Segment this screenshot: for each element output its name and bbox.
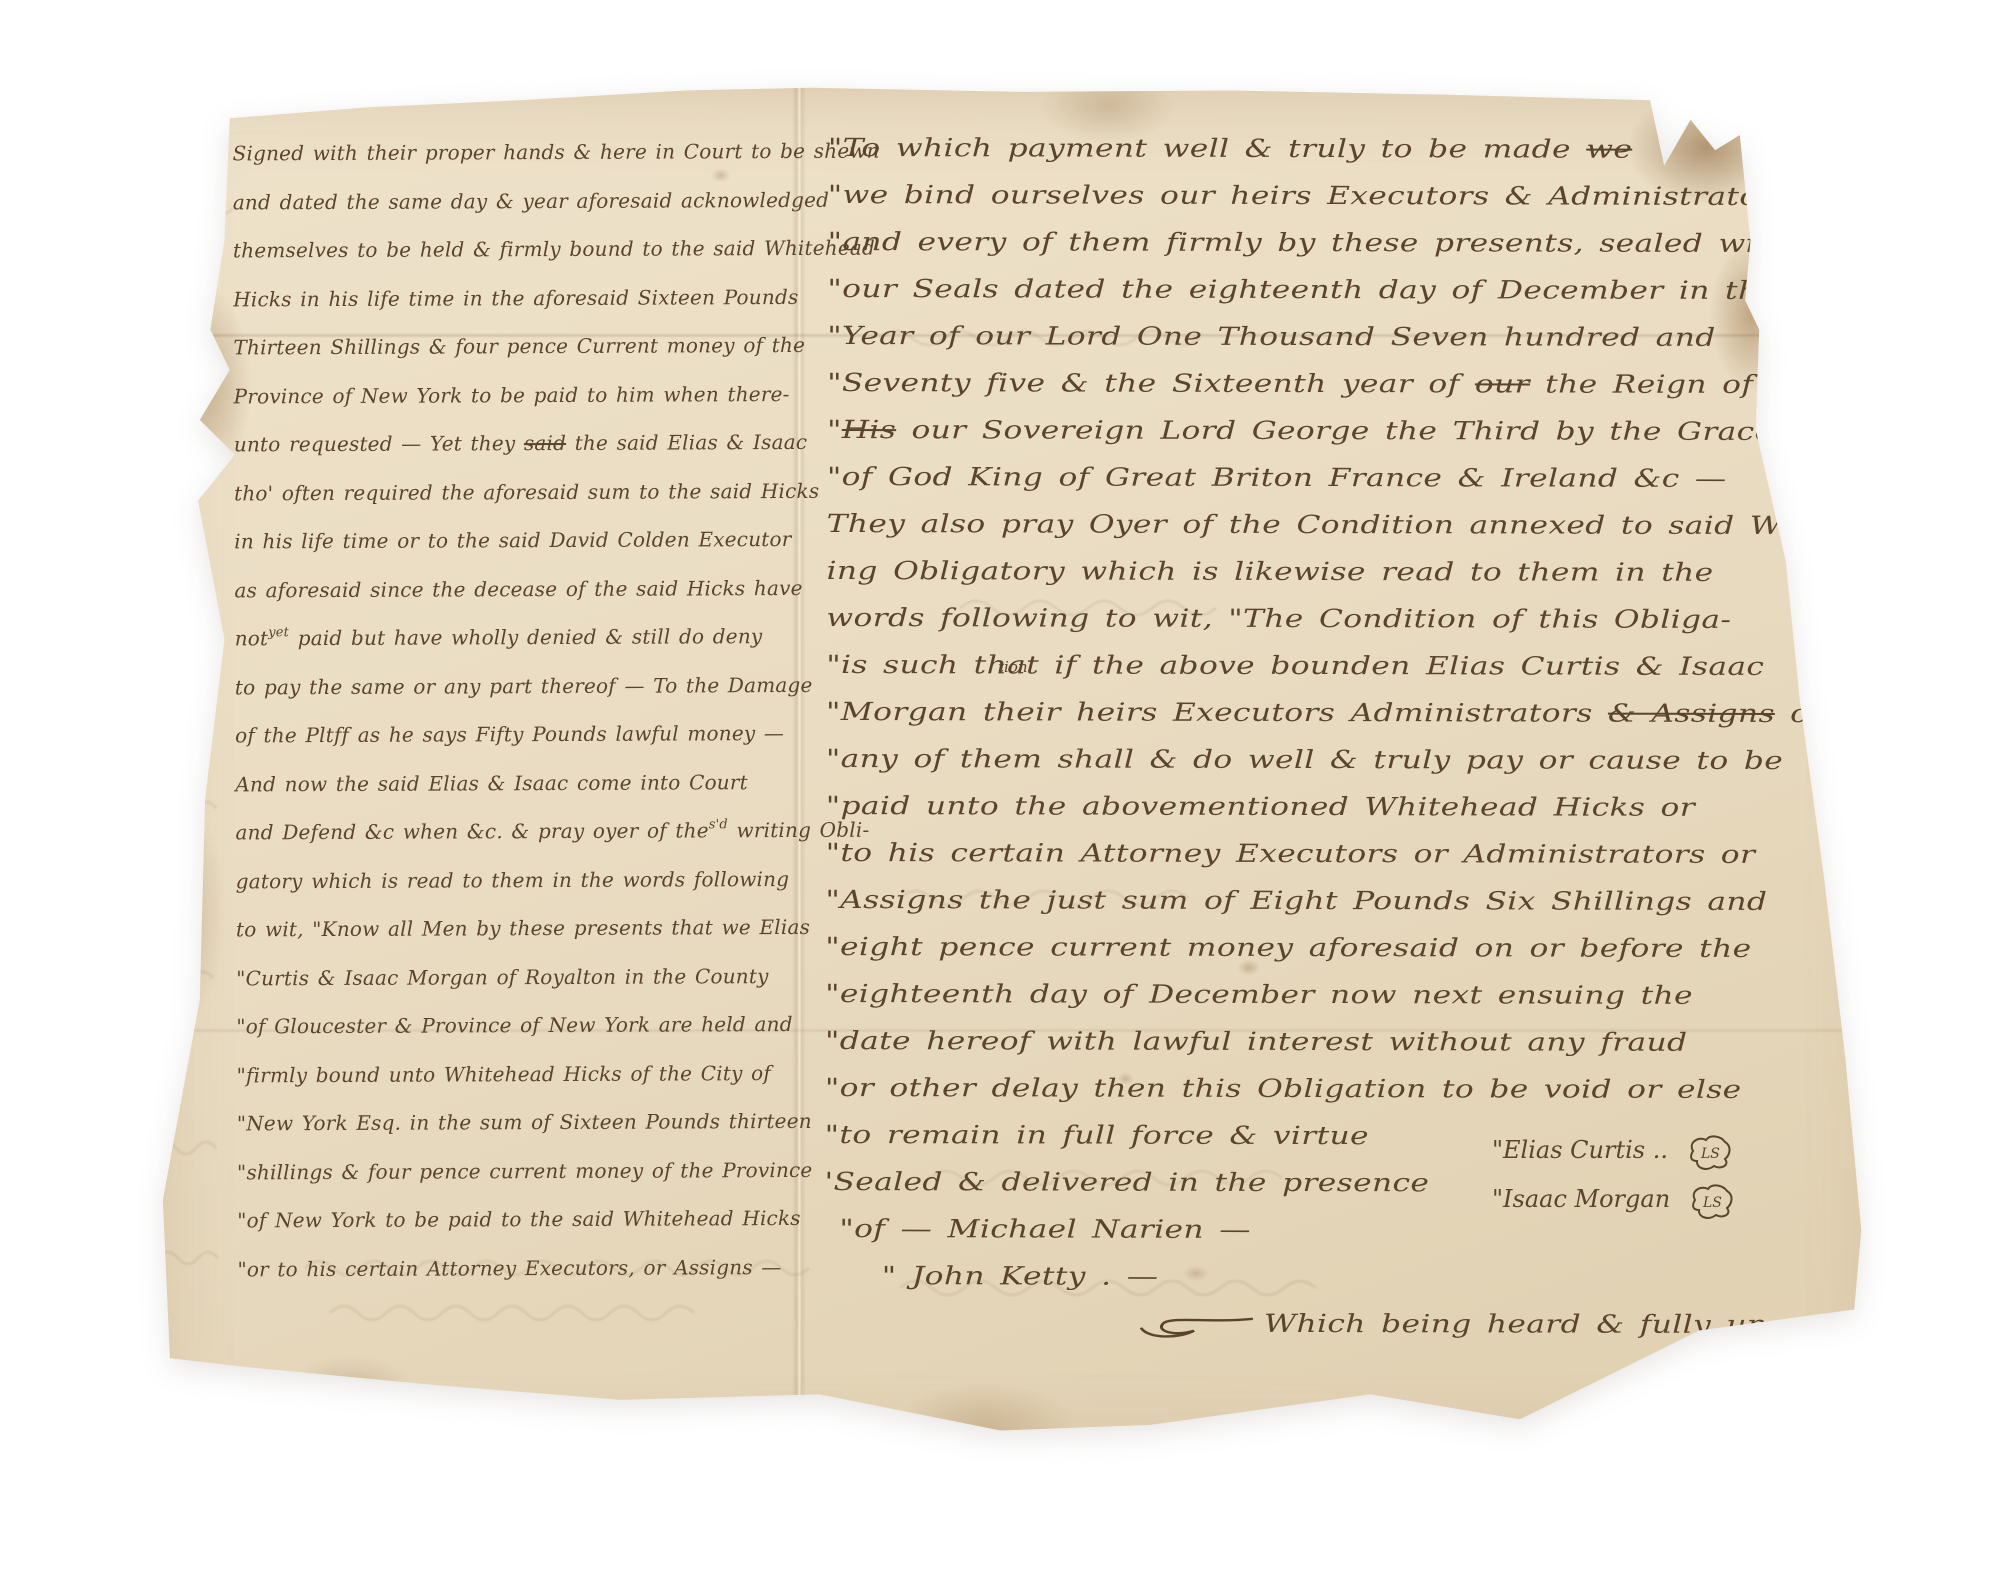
manuscript-line: Thirteen Shillings & four pence Current … — [233, 321, 880, 372]
margin-note-then: then — [168, 373, 202, 391]
interlinear-insertion: yet — [268, 625, 289, 640]
flourish-icon — [1137, 1312, 1257, 1338]
paper-shadow: then tion Signed with their proper hands… — [0, 0, 2000, 1576]
manuscript-line: as aforesaid since the decease of the sa… — [234, 563, 881, 614]
manuscript-paper: then tion Signed with their proper hands… — [140, 78, 1900, 1468]
manuscript-line: and Defend &c when &c. & pray oyer of th… — [235, 806, 882, 857]
manuscript-line: "paid unto the abovementioned Whitehead … — [826, 782, 1830, 831]
manuscript-line: "and every of them firmly by these prese… — [828, 218, 1832, 267]
seal-icon: LS — [1686, 1133, 1732, 1171]
photograph-of-manuscript: then tion Signed with their proper hands… — [0, 0, 2000, 1576]
manuscript-line: "New York Esq. in the sum of Sixteen Pou… — [237, 1097, 884, 1148]
signature-block: "Elias Curtis .. LS "Isaac Morgan LS — [1492, 1126, 1734, 1224]
manuscript-line: of the Pltff as he says Fifty Pounds law… — [235, 709, 882, 760]
struck-word: our — [1475, 369, 1530, 398]
manuscript-line: Which being heard & fully un — [1137, 1300, 1828, 1348]
manuscript-line: "to his certain Attorney Executors or Ad… — [826, 829, 1830, 878]
manuscript-line: and dated the same day & year aforesaid … — [233, 175, 880, 226]
manuscript-line: "Seventy five & the Sixteenth year of ou… — [827, 359, 1831, 408]
manuscript-line: Signed with their proper hands & here in… — [232, 127, 879, 178]
manuscript-line: in his life time or to the said David Co… — [234, 515, 881, 566]
manuscript-line: "date hereof with lawful interest withou… — [825, 1017, 1829, 1066]
signature-isaac-morgan: "Isaac Morgan LS — [1492, 1175, 1734, 1224]
manuscript-line: "firmly bound unto Whitehead Hicks of th… — [236, 1048, 883, 1099]
struck-word: said — [524, 431, 566, 455]
manuscript-line: "To which payment well & truly to be mad… — [828, 124, 1832, 173]
struck-word: & Assigns — [1608, 699, 1775, 728]
manuscript-line: "Year of our Lord One Thousand Seven hun… — [827, 312, 1831, 361]
manuscript-line: "or to his certain Attorney Executors, o… — [237, 1242, 884, 1293]
manuscript-line: "of Gloucester & Province of New York ar… — [236, 1000, 883, 1051]
svg-text:LS: LS — [1702, 1195, 1722, 1211]
bleedthrough-ink — [148, 168, 238, 1288]
manuscript-line: themselves to be held & firmly bound to … — [233, 224, 880, 275]
manuscript-line: to wit, "Know all Men by these presents … — [236, 903, 883, 954]
manuscript-line: gatory which is read to them in the word… — [236, 854, 883, 905]
manuscript-line: to pay the same or any part thereof — To… — [235, 660, 882, 711]
manuscript-line: "our Seals dated the eighteenth day of D… — [827, 265, 1831, 314]
manuscript-line: And now the said Elias & Isaac come into… — [235, 757, 882, 808]
manuscript-line: notyet paid but have wholly denied & sti… — [235, 612, 882, 663]
manuscript-line: "or other delay then this Obligation to … — [825, 1064, 1829, 1113]
manuscript-line: unto requested — Yet they said the said … — [234, 418, 881, 469]
left-page-text: Signed with their proper hands & here in… — [232, 127, 884, 1294]
struck-word: we — [1586, 135, 1632, 164]
manuscript-line: "we bind ourselves our heirs Executors &… — [828, 171, 1832, 220]
manuscript-line: "any of them shall & do well & truly pay… — [826, 735, 1830, 784]
manuscript-line: "Curtis & Isaac Morgan of Royalton in th… — [236, 951, 883, 1002]
manuscript-line: " John Ketty . — — [882, 1252, 1828, 1301]
manuscript-line: They also pray Oyer of the Condition ann… — [827, 500, 1831, 549]
manuscript-line: "His our Sovereign Lord George the Third… — [827, 406, 1831, 455]
seal-icon: LS — [1688, 1182, 1734, 1220]
manuscript-line: "of New York to be paid to the said Whit… — [237, 1194, 884, 1245]
struck-word: His — [842, 415, 897, 444]
manuscript-line: "shillings & four pence current money of… — [237, 1145, 884, 1196]
manuscript-line: "of God King of Great Briton France & Ir… — [827, 453, 1831, 502]
svg-text:LS: LS — [1700, 1146, 1720, 1162]
manuscript-line: "Assigns the just sum of Eight Pounds Si… — [825, 876, 1829, 925]
manuscript-line: "eight pence current money aforesaid on … — [825, 923, 1829, 972]
signature-elias-curtis: "Elias Curtis .. LS — [1492, 1126, 1734, 1175]
manuscript-line: Province of New York to be paid to him w… — [234, 369, 881, 420]
manuscript-line: words following to wit, "The Condition o… — [826, 594, 1830, 643]
manuscript-line: "is such that if the above bounden Elias… — [826, 641, 1830, 690]
manuscript-line: "Morgan their heirs Executors Administra… — [826, 688, 1830, 737]
manuscript-line: tho' often required the aforesaid sum to… — [234, 466, 881, 517]
interlinear-insertion: s'd — [709, 817, 728, 832]
manuscript-line: Hicks in his life time in the aforesaid … — [233, 272, 880, 323]
manuscript-line: ing Obligatory which is likewise read to… — [826, 547, 1830, 596]
manuscript-line: "eighteenth day of December now next ens… — [825, 970, 1829, 1019]
